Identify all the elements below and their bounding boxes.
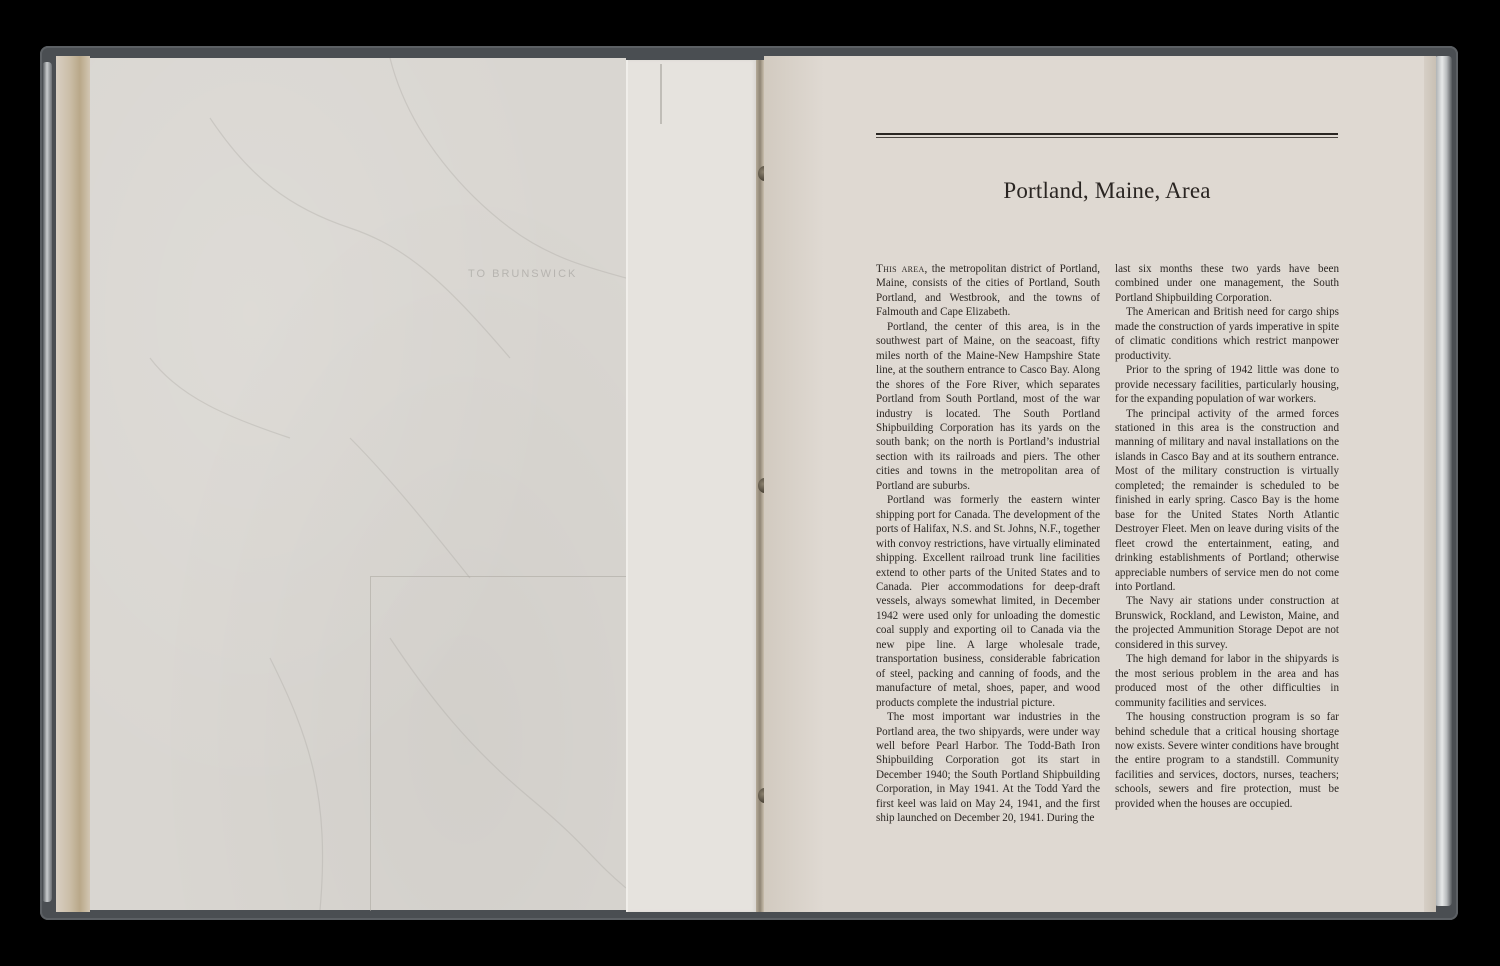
paragraph: The Navy air stations under construction… bbox=[1115, 594, 1339, 652]
cover-right-edge bbox=[1434, 56, 1452, 906]
title-rule-thin bbox=[876, 137, 1338, 138]
right-page-edge bbox=[1424, 56, 1436, 912]
paragraph: The housing construction program is so f… bbox=[1115, 710, 1339, 811]
map-inset-frame bbox=[370, 576, 627, 911]
paragraph: The principal activity of the armed forc… bbox=[1115, 407, 1339, 595]
paragraph: Portland was formerly the eastern winter… bbox=[876, 493, 1100, 710]
paragraph: The most important war industries in the… bbox=[876, 710, 1100, 826]
lead-in: This area bbox=[876, 263, 925, 275]
page-stack-left bbox=[56, 56, 90, 912]
text-column-right: last six months these two yards have bee… bbox=[1115, 262, 1339, 811]
left-page-map-verso: TO BRUNSWICK bbox=[90, 58, 626, 910]
text-column-left: This area, the metropolitan district of … bbox=[876, 262, 1100, 826]
paragraph: last six months these two yards have bee… bbox=[1115, 262, 1339, 305]
map-label: TO BRUNSWICK bbox=[468, 268, 577, 280]
paragraph: The American and British need for cargo … bbox=[1115, 305, 1339, 363]
paragraph: This area, the metropolitan district of … bbox=[876, 262, 1100, 320]
cover-left-edge bbox=[42, 62, 52, 902]
page-title: Portland, Maine, Area bbox=[876, 178, 1338, 204]
paragraph: The high demand for labor in the shipyar… bbox=[1115, 652, 1339, 710]
folded-map-edge[interactable] bbox=[626, 60, 756, 912]
paragraph: Portland, the center of this area, is in… bbox=[876, 320, 1100, 493]
paragraph: Prior to the spring of 1942 little was d… bbox=[1115, 363, 1339, 406]
fold-crease bbox=[660, 64, 662, 124]
title-rule-thick bbox=[876, 133, 1338, 135]
